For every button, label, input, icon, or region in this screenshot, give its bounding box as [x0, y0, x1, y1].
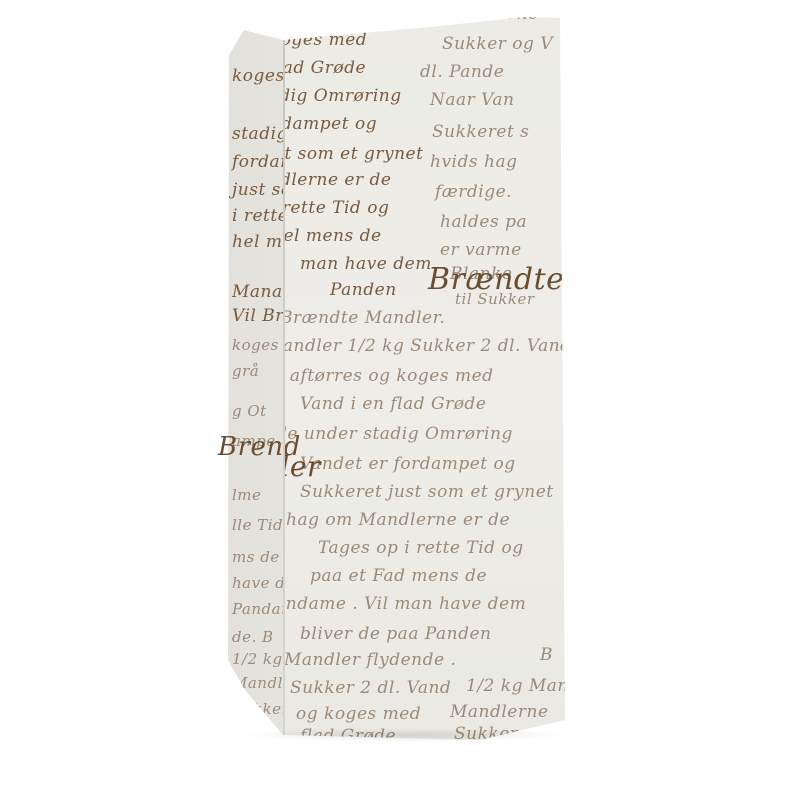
- script-line: Brændte Mandler.: [280, 308, 445, 328]
- overlay-script: Brend: [218, 432, 301, 462]
- script-line: Vandet er fordampet og: [300, 454, 516, 474]
- script-line: Sukkeret just som et grynet: [300, 482, 554, 502]
- script-line: g Ot: [232, 402, 267, 420]
- script-line: og koges med: [296, 704, 421, 724]
- script-line: Mandler 1/2 kg Sukker 2 dl. Vand: [265, 336, 572, 356]
- script-line: ne aftørres og koges med: [262, 366, 494, 386]
- script-line: grå: [232, 362, 259, 380]
- script-line: Vand i en flad Grøde: [300, 394, 486, 414]
- script-line: de under stadig Omrøring: [276, 424, 513, 444]
- product-photo: koges med stadig Omrøring fordampet og j…: [0, 0, 790, 790]
- script-line: man have dem: [300, 254, 432, 274]
- title-script: Brændte: [428, 262, 564, 297]
- script-line: paa et Fad mens de: [310, 566, 487, 586]
- script-line: Sukker 2 dl. Vand: [290, 678, 451, 698]
- script-line: B: [540, 645, 553, 665]
- script-line: færdige.: [435, 182, 512, 202]
- script-line: Mandlerne: [440, 4, 539, 24]
- script-line: i rette Tid og: [270, 198, 389, 218]
- script-line: haldes pa: [440, 212, 527, 232]
- script-line: hel mens de: [272, 226, 382, 246]
- script-line: Naar Van: [430, 90, 514, 110]
- script-line: lme: [232, 486, 261, 504]
- script-line: Panden: [330, 280, 397, 300]
- script-line: dl. Pande: [420, 62, 504, 82]
- script-line: bliver de paa Panden: [300, 624, 492, 644]
- script-line: 1/2 kg Man: [466, 676, 569, 696]
- script-line: hag om Mandlerne er de: [286, 510, 510, 530]
- bag-fold-line: [283, 40, 285, 735]
- script-line: ms de: [232, 548, 280, 566]
- script-line: de. B: [232, 628, 274, 646]
- script-line: Sukker og V: [442, 34, 553, 54]
- gift-bag: koges med stadig Omrøring fordampet og j…: [0, 0, 790, 790]
- script-line: lle Tid: [232, 516, 283, 534]
- script-line: Mandler flydende .: [284, 650, 456, 670]
- script-line: er varme: [440, 240, 522, 260]
- script-line: hvids hag: [430, 152, 517, 172]
- script-line: Tages op i rette Tid og: [318, 538, 524, 558]
- script-line: koges: [232, 336, 279, 354]
- script-line: Mandlerne: [450, 702, 549, 722]
- script-line: Pandame . Vil man have dem: [264, 594, 526, 614]
- bag-front-panel: koges med flad Grøde stadig Omrøring for…: [0, 0, 790, 790]
- bag-shadow: [240, 728, 570, 742]
- script-line: Sukkeret s: [432, 122, 529, 142]
